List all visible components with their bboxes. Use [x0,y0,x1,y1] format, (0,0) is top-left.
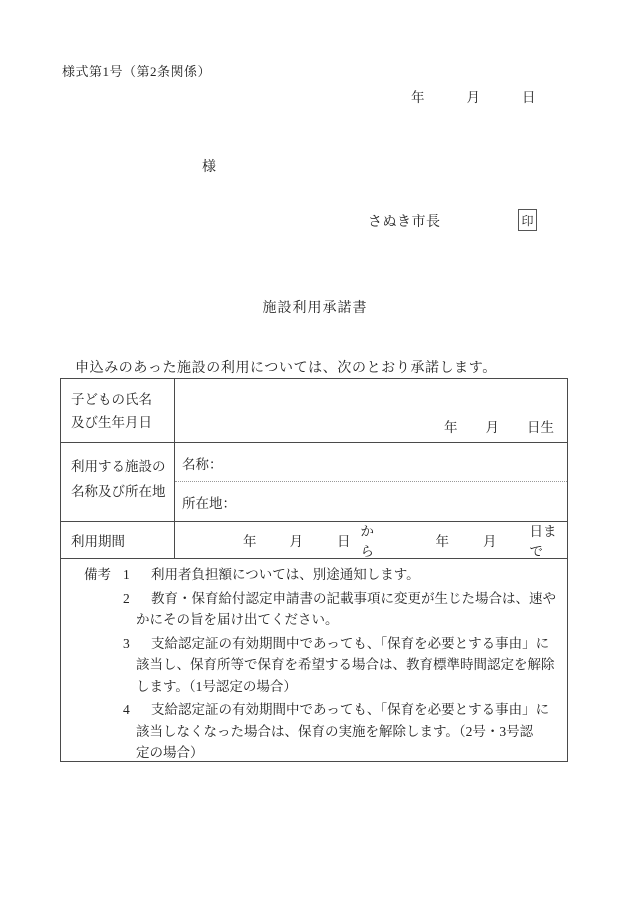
child-name-header-line1: 子どもの氏名 [71,388,174,411]
facility-header: 利用する施設の 名称及び所在地 [61,443,175,521]
remark-line: 定の場合） [136,742,561,761]
remark-item-3: 3 支給認定証の有効期間中であっても、「保育を必要とする事由」に 該当し、保育所… [136,633,561,698]
period-to-day-label: 日まで [530,520,568,560]
remark-number: 3 [123,633,130,655]
date-line: 年 月 日 [411,86,536,106]
period-line: 年 月 日 から 年 月 日まで [175,522,567,558]
remark-item-4: 4 支給認定証の有効期間中であっても、「保育を必要とする事由」に 該当しなくなっ… [136,699,561,761]
document-page: 様式第1号（第2条関係） 年 月 日 様 さぬき市長 印 施設利用承諾書 申込み… [0,0,630,903]
facility-name-label: 名称： [182,457,223,472]
facility-row: 利用する施設の 名称及び所在地 名称： 所在地： [61,443,567,522]
remark-number: 4 [123,699,130,721]
birth-day-label: 日生 [527,416,554,436]
period-header-label: 利用期間 [71,530,125,550]
remark-line: 利用者負担額については、別途通知します。 [136,564,561,586]
page-title: 施設利用承諾書 [0,297,630,317]
remark-line: 教育・保育給付認定申請書の記載事項に変更が生じた場合は、速や [136,588,561,610]
facility-address-label: 所在地： [182,496,236,511]
remark-line: 支給認定証の有効期間中であっても、「保育を必要とする事由」に [136,633,561,655]
seal-box: 印 [518,209,537,231]
period-to-month-label: 月 [483,530,497,550]
period-cell: 年 月 日 から 年 月 日まで [175,522,567,558]
remark-line: します。（1号認定の場合） [136,676,561,698]
facility-header-line2: 名称及び所在地 [71,479,174,504]
seal-label: 印 [521,212,533,229]
period-from-month-label: 月 [290,530,304,550]
date-month-label: 月 [467,86,481,106]
recipient-honorific: 様 [202,156,216,176]
remark-number: 2 [123,588,130,610]
issuer-name: さぬき市長 [368,211,441,231]
remarks-label: 備考 [84,564,111,586]
remark-item-2: 2 教育・保育給付認定申請書の記載事項に変更が生じた場合は、速や かにその旨を届… [136,588,561,631]
period-from-word: から [361,520,386,560]
birth-date-line: 年 月 日生 [444,416,554,436]
date-day-label: 日 [522,86,536,106]
remark-line: 支給認定証の有効期間中であっても、「保育を必要とする事由」に [136,699,561,721]
remark-item-1: 1 利用者負担額については、別途通知します。 [136,564,561,586]
period-from-day-label: 日 [337,530,351,550]
child-name-row: 子どもの氏名 及び生年月日 年 月 日生 [61,379,567,443]
remark-line: 該当し、保育所等で保育を希望する場合は、教育標準時間認定を解除 [136,654,561,676]
remarks-row: 備考 1 利用者負担額については、別途通知します。 2 教育・保育給付認定申請書… [61,559,567,761]
date-year-label: 年 [411,86,425,106]
facility-name-field: 名称： [175,443,567,482]
approval-table: 子どもの氏名 及び生年月日 年 月 日生 利用する施設の 名称及び所在地 名称： [60,378,568,762]
child-name-cell: 年 月 日生 [175,379,567,442]
period-row: 利用期間 年 月 日 から 年 月 日まで [61,522,567,559]
remark-number: 1 [123,564,130,586]
period-to-year-label: 年 [436,530,450,550]
period-header: 利用期間 [61,522,175,558]
facility-address-field: 所在地： [175,482,567,512]
remark-line: かにその旨を届け出てください。 [136,609,561,631]
child-name-header: 子どもの氏名 及び生年月日 [61,379,175,442]
period-from-year-label: 年 [243,530,257,550]
form-number: 様式第1号（第2条関係） [62,61,211,80]
facility-cell: 名称： 所在地： [175,443,567,521]
intro-text: 申込みのあった施設の利用については、次のとおり承諾します。 [75,357,497,377]
birth-month-label: 月 [486,416,500,436]
facility-header-line1: 利用する施設の [71,454,174,479]
birth-year-label: 年 [444,416,458,436]
remark-line: 該当しなくなった場合は、保育の実施を解除します。（2号・3号認 [136,721,561,743]
child-name-header-line2: 及び生年月日 [71,411,174,434]
